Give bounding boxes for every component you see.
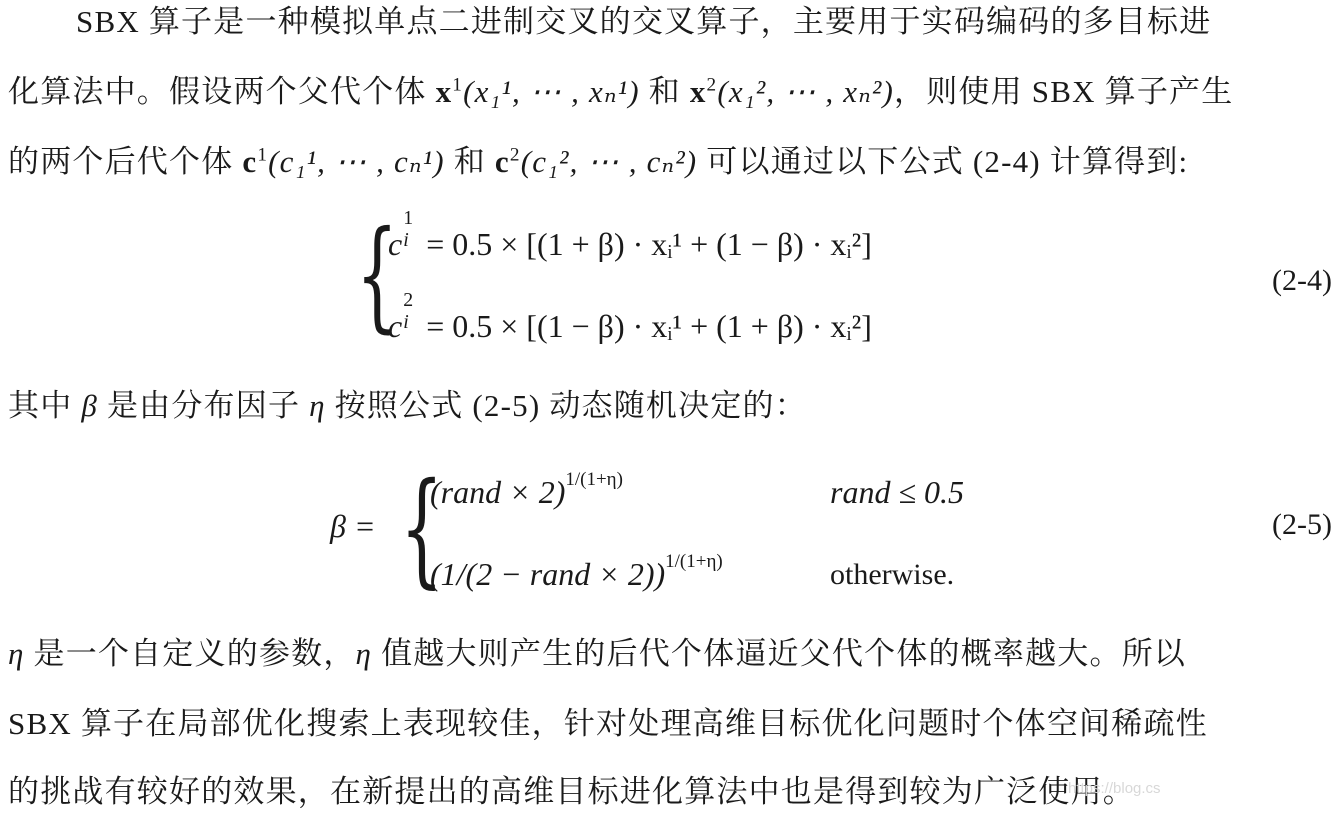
text: 和 bbox=[640, 74, 690, 109]
text: 和 bbox=[445, 144, 495, 179]
paragraph-1-line-3: 的两个后代个体 c1(c₁¹, ⋯ , cₙ¹) 和 c2(c₁², ⋯ , c… bbox=[8, 142, 1188, 182]
vector-x1-components: (x₁¹, ⋯ , xₙ¹) bbox=[463, 74, 640, 109]
beta-symbol: β bbox=[81, 388, 98, 423]
superscript: 1 bbox=[257, 145, 268, 166]
eta-symbol: η bbox=[8, 636, 25, 671]
text: 是一个自定义的参数， bbox=[25, 636, 356, 671]
rhs: = 0.5 × [(1 + β) · xᵢ¹ + (1 − β) · xᵢ²] bbox=[426, 226, 872, 262]
text: 按照公式 (2-5) 动态随机决定的： bbox=[326, 388, 807, 423]
text: 其中 bbox=[8, 388, 81, 423]
paragraph-3-line-2: SBX 算子在局部优化搜索上表现较佳，针对处理高维目标优化问题时个体空间稀疏性 bbox=[8, 704, 1208, 744]
case-1-expression: (rand × 2) bbox=[430, 474, 565, 510]
vector-c1: c bbox=[242, 144, 257, 179]
text: SBX 算子在局部优化搜索上表现较佳，针对处理高维目标优化问题时个体空间稀疏性 bbox=[8, 706, 1208, 741]
equation-2-5-lhs: β = bbox=[330, 508, 376, 545]
text: 的挑战有较好的效果，在新提出的高维目标进化算法中也是得到较为广泛使用。 bbox=[8, 774, 1135, 809]
vector-c2: c bbox=[495, 144, 510, 179]
paragraph-1-line-1: SBX 算子是一种模拟单点二进制交叉的交叉算子，主要用于实码编码的多目标进 bbox=[76, 2, 1211, 42]
vector-x2: x bbox=[690, 74, 707, 109]
text: 可以通过以下公式 (2-4) 计算得到: bbox=[697, 144, 1188, 179]
left-brace: { bbox=[400, 436, 443, 622]
case-2-condition: otherwise. bbox=[830, 558, 954, 592]
vector-c2-components: (c₁², ⋯ , cₙ²) bbox=[521, 144, 698, 179]
vector-c1-components: (c₁¹, ⋯ , cₙ¹) bbox=[268, 144, 445, 179]
case-2-expression: (1/(2 − rand × 2)) bbox=[430, 556, 665, 592]
equation-2-4-row-2: c2i = 0.5 × [(1 − β) · xᵢ¹ + (1 + β) · x… bbox=[388, 308, 872, 345]
case-1-exponent: 1/(1+η) bbox=[565, 469, 623, 490]
equation-2-4-row-1: c1i = 0.5 × [(1 + β) · xᵢ¹ + (1 − β) · x… bbox=[388, 226, 872, 263]
case-2-exponent: 1/(1+η) bbox=[665, 551, 723, 572]
rhs: = 0.5 × [(1 − β) · xᵢ¹ + (1 + β) · xᵢ²] bbox=[426, 308, 872, 344]
superscript: 1 bbox=[452, 75, 463, 96]
vector-x1: x bbox=[436, 74, 453, 109]
eta-symbol: η bbox=[309, 388, 326, 423]
text: 值越大则产生的后代个体逼近父代个体的概率越大。所以 bbox=[372, 636, 1186, 671]
paragraph-3-line-1: η 是一个自定义的参数，η 值越大则产生的后代个体逼近父代个体的概率越大。所以 bbox=[8, 634, 1186, 674]
superscript: 2 bbox=[707, 75, 718, 96]
paragraph-2: 其中 β 是由分布因子 η 按照公式 (2-5) 动态随机决定的： bbox=[8, 386, 807, 426]
paragraph-3-line-3: 的挑战有较好的效果，在新提出的高维目标进化算法中也是得到较为广泛使用。 bbox=[8, 772, 1135, 812]
c-i-1: c1i bbox=[388, 226, 402, 262]
equation-2-5-case-2: (1/(2 − rand × 2))1/(1+η) bbox=[430, 556, 723, 593]
superscript: 2 bbox=[510, 145, 521, 166]
text: ，则使用 SBX 算子产生 bbox=[894, 74, 1233, 109]
case-1-condition: rand ≤ 0.5 bbox=[830, 474, 964, 511]
vector-x2-components: (x₁², ⋯ , xₙ²) bbox=[717, 74, 894, 109]
text: 的两个后代个体 bbox=[8, 144, 242, 179]
eta-symbol: η bbox=[356, 636, 373, 671]
text: 是由分布因子 bbox=[98, 388, 309, 423]
equation-number-2-5: (2-5) bbox=[1272, 508, 1332, 542]
c-i-2: c2i bbox=[388, 308, 402, 344]
text: SBX 算子是一种模拟单点二进制交叉的交叉算子，主要用于实码编码的多目标进 bbox=[76, 4, 1211, 39]
equation-2-5-case-1: (rand × 2)1/(1+η) bbox=[430, 474, 623, 511]
paragraph-1-line-2: 化算法中。假设两个父代个体 x1(x₁¹, ⋯ , xₙ¹) 和 x2(x₁²,… bbox=[8, 72, 1233, 112]
text: 化算法中。假设两个父代个体 bbox=[8, 74, 436, 109]
watermark: https://blog.cs bbox=[1068, 780, 1161, 797]
equation-number-2-4: (2-4) bbox=[1272, 264, 1332, 298]
